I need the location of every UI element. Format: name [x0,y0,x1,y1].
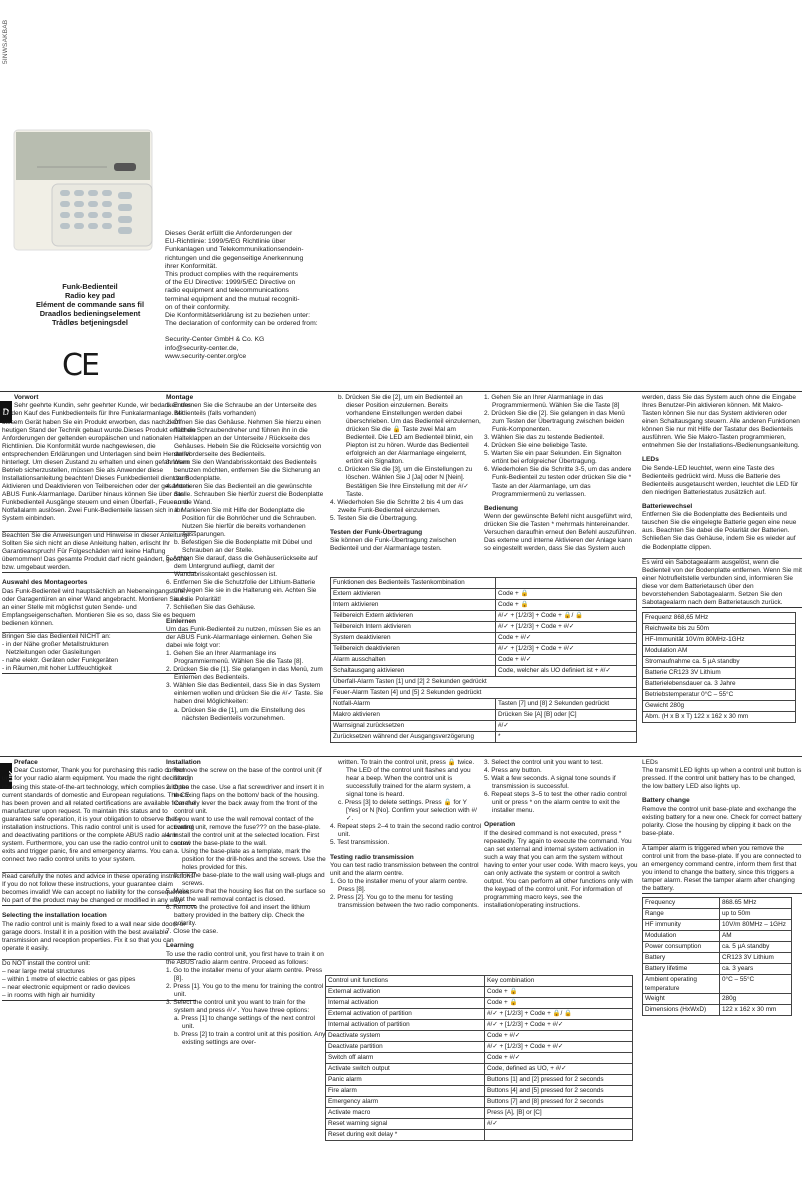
table-row: Reset during exit delay * [326,1130,633,1141]
table-cell: Teilbereich Intern aktivieren [331,622,496,633]
step: 3. Wenn Sie den Wandabrisskontakt des Be… [166,459,326,483]
table-cell: Extern aktivieren [331,589,496,600]
table-cell: * [496,732,637,743]
table-row: Fire alarmButtons [4] and [5] pressed fo… [326,1086,633,1097]
company-url: www.security-center.org/ce [165,353,350,361]
table-cell: 280g [720,994,792,1005]
step: 1. Go to the installer menu of your alar… [330,878,482,894]
paragraph-leds: The transmit LED lights up when a contro… [642,767,802,791]
step: b. Press [2] to train a control unit at … [166,1031,326,1047]
table-cell: Makro aktivieren [331,710,496,721]
table-cell: Intern aktivieren [331,600,496,611]
table-cell: Deactivate partition [326,1042,485,1053]
table-cell: Feuer-Alarm Tasten [4] und [5] 2 Sekunde… [331,688,637,699]
table-cell [496,578,637,589]
step: 2. Öffnen Sie das Gehäuse. Nehmen Sie hi… [166,419,326,459]
table-row: Stromaufnahme ca. 5 µA standby [643,656,796,667]
table-cell: Range [643,909,720,920]
step: 3. Select the control unit you want to t… [484,759,638,767]
step: 5. Wait a few seconds. A signal tone sou… [484,775,638,791]
table-row: HF-Immunität 10V/m 80MHz-1GHz [643,634,796,645]
conformity-line: radio equipment and telecommunications [165,287,350,295]
table-row: Batterie CR123 3V Lithium [643,667,796,678]
table-row: Internal activation of partition#/✓ + [1… [326,1020,633,1031]
step: 1. Gehen Sie an Ihrer Alarmanlage ins Pr… [166,650,326,666]
step: 7. Close the case. [166,928,326,936]
document-code: 5INWSAKBAB [2,14,14,64]
table-cell: External activation of partition [326,1009,485,1020]
step: 1. Gehen Sie an Ihrer Alarmanlage in das… [484,394,638,410]
table-cell: 0°C – 55°C [720,975,792,994]
step: 3. Wählen Sie das Bedienteil, dass Sie i… [166,682,326,706]
table-cell: ca. 5 µA standby [720,942,792,953]
conformity-line: Dieses Gerät erfüllt die Anforderungen d… [165,230,350,238]
table-row: Teilbereich Intern aktivieren#/✓ + [1/2/… [331,622,637,633]
table-cell: ca. 3 years [720,964,792,975]
de-function-table: Funktionen des Bedienteils Tastenkombina… [330,577,637,743]
heading-leds: LEDs [642,759,802,767]
title-en: Radio key pad [20,291,160,300]
table-cell: Switch off alarm [326,1053,485,1064]
step: 7. Schließen Sie das Gehäuse. [166,604,326,612]
table-row: Zurücksetzen während der Ausgangsverzöge… [331,732,637,743]
table-cell: Activate macro [326,1108,485,1119]
table-cell: AM [720,931,792,942]
table-cell: Batterie CR123 3V Lithium [643,667,796,678]
table-row: Batterielebensdauer ca. 3 Jahre [643,678,796,689]
de-column-5: werden, dass Sie das System auch ohne di… [642,394,802,723]
table-row: Feuer-Alarm Tasten [4] und [5] 2 Sekunde… [331,688,637,699]
heading-operation: Operation [484,821,638,829]
step: 4. Install the control unit at the selec… [166,832,326,848]
table-row: Makro aktivierenDrücken Sie [A] [B] oder… [331,710,637,721]
step: 5. Test transmission. [330,839,482,847]
step: 5. Make sure that the housing lies flat … [166,888,326,904]
table-cell: Code + #/✓ [485,1031,633,1042]
table-row: Betriebstemperatur 0°C – 55°C [643,689,796,700]
step: 5. Achten Sie darauf, dass die Gehäuserü… [166,555,326,579]
step: 4. Press any button. [484,767,638,775]
table-row: Emergency alarmButtons [7] and [8] press… [326,1097,633,1108]
table-row: Weight280g [643,994,792,1005]
table-cell: #/✓ + [1/2/3] + Code + #/✓ [496,644,637,655]
step: 2. Drücken Sie die [1]. Sie gelangen in … [166,666,326,682]
table-cell: Key combination [485,976,633,987]
step: a. Drücken Sie die [1], um die Einstellu… [166,707,326,723]
table-cell: Modulation AM [643,645,796,656]
conformity-line: terminal equipment and the mutual recogn… [165,296,350,304]
heading-leds: LEDs [642,456,802,464]
table-row: BatteryCR123 3V Lithium [643,953,792,964]
table-cell: Zurücksetzen während der Ausgangsverzöge… [331,732,496,743]
step: 4. Wiederholen Sie die Schritte 2 bis 4 … [330,499,482,515]
table-cell: System deaktivieren [331,633,496,644]
table-cell: Teilbereich Extern aktivieren [331,611,496,622]
conformity-line: The declaration of conformity can be ord… [165,320,350,328]
conformity-statement: Dieses Gerät erfüllt die Anforderungen d… [165,230,350,361]
step: a. Using the base-plate as a template, m… [166,848,326,872]
table-cell: CR123 3V Lithium [720,953,792,964]
table-cell: Funktionen des Bedienteils Tastenkombina… [331,578,496,589]
table-row: External activation of partition#/✓ + [1… [326,1009,633,1020]
table-cell: Deactivate system [326,1031,485,1042]
step: 1. Go to the installer menu of your alar… [166,967,326,983]
step: 5. Testen Sie die Übertragung. [330,515,482,523]
step: 3. Wählen Sie das zu testende Bedienteil… [484,434,638,442]
table-row: Überfall-Alarm Tasten [1] und [2] 2 Seku… [331,677,637,688]
de-column-2: Montage 1. Entfernen Sie die Schraube an… [166,394,326,723]
title-de: Funk-Bedienteil [20,282,160,291]
table-cell: 10V/m 80MHz – 1GHz [720,920,792,931]
table-cell: Gewicht 280g [643,700,796,711]
heading-montage: Montage [166,394,326,402]
company-name: Security-Center GmbH & Co. KG [165,336,350,344]
uk-column-4: 3. Select the control unit you want to t… [484,759,638,910]
paragraph-bedienung-cont: werden, dass Sie das System auch ohne di… [642,394,802,450]
table-cell: Frequency [643,898,720,909]
table-cell: Überfall-Alarm Tasten [1] und [2] 2 Seku… [331,677,637,688]
table-cell: #/✓ [485,1119,633,1130]
section-divider [0,756,802,757]
table-cell: Code + #/✓ [496,655,637,666]
table-cell: Code + 🔒 [496,600,637,611]
conformity-line: of the EU Directive: 1999/5/EC Directive… [165,279,350,287]
table-cell: Code, defined as UO, + #/✓ [485,1064,633,1075]
table-cell: Code + #/✓ [496,633,637,644]
step: 1. Remove the screw on the base of the c… [166,767,326,783]
title-fr: Elément de commande sans fil [20,300,160,309]
table-cell [485,1130,633,1141]
de-column-4: 1. Gehen Sie an Ihrer Alarmanlage in das… [484,394,638,553]
company-email: info@security-center.de, [165,345,350,353]
table-cell: Emergency alarm [326,1097,485,1108]
table-cell: Panic alarm [326,1075,485,1086]
paragraph-testen: Sie können die Funk-Übertragung zwischen… [330,537,482,553]
table-row: Power consumptionca. 5 µA standby [643,942,792,953]
table-row: Intern aktivierenCode + 🔒 [331,600,637,611]
step: c. Drücken Sie die [3], um die Einstellu… [330,466,482,498]
table-cell: Drücken Sie [A] [B] oder [C] [496,710,637,721]
table-row: Teilbereich deaktivieren#/✓ + [1/2/3] + … [331,644,637,655]
step: 2. Press [2]. You go to the menu for tes… [330,894,482,910]
table-cell: Dimensions (HxWxD) [643,1005,720,1016]
table-row: Deactivate systemCode + #/✓ [326,1031,633,1042]
table-row: Dimensions (HxWxD)122 x 162 x 30 mm [643,1005,792,1016]
conformity-line: on of their conformity. [165,304,350,312]
paragraph-learning: To use the radio control unit, you first… [166,951,326,967]
step: a. Press [1] to change settings of the n… [166,1015,326,1031]
paragraph-testing: You can test radio transmission between … [330,862,482,878]
step: 4. Repeat steps 2–4 to train the second … [330,823,482,839]
table-cell: HF-Immunität 10V/m 80MHz-1GHz [643,634,796,645]
step: 2. Drücken Sie die [2]. Sie gelangen in … [484,410,638,434]
table-row: Switch off alarmCode + #/✓ [326,1053,633,1064]
table-cell: Reset during exit delay * [326,1130,485,1141]
table-cell: Frequenz 868,65 MHz [643,612,796,623]
step: b. Befestigen Sie die Bodenplatte mit Dü… [166,539,326,555]
step: a. Markieren Sie mit Hilfe der Bodenplat… [166,507,326,539]
table-cell: #/✓ [496,721,637,732]
step: b. Fix the base-plate to the wall using … [166,872,326,888]
table-cell: Code + 🔒 [496,589,637,600]
table-row: Abm. (H x B x T) 122 x 162 x 30 mm [643,711,796,722]
table-row: Deactivate partition#/✓ + [1/2/3] + Code… [326,1042,633,1053]
table-row: System deaktivierenCode + #/✓ [331,633,637,644]
table-cell: Battery lifetime [643,964,720,975]
product-titles: Funk-Bedienteil Radio key pad Elément de… [20,282,160,327]
table-cell: Warnsignal zurücksetzen [331,721,496,732]
table-row: Reichweite bis zu 50m [643,623,796,634]
table-row: Panic alarmButtons [1] and [2] pressed f… [326,1075,633,1086]
table-row: Battery lifetimeca. 3 years [643,964,792,975]
step: 3. If you want to use the wall removal c… [166,816,326,832]
step: 4. Drücken Sie eine beliebige Taste. [484,442,638,450]
paragraph-leds: Die Sende-LED leuchtet, wenn eine Taste … [642,465,802,497]
table-cell: #/✓ + [1/2/3] + Code + #/✓ [485,1042,633,1053]
heading-installation: Installation [166,759,326,767]
paragraph-einlernen: Um das Funk-Bedienteil zu nutzen, müssen… [166,626,326,650]
uk-spec-table: Frequency868.65 MHz Rangeup to 50m HF im… [642,897,792,1016]
table-cell: Ambient operating temperature [643,975,720,994]
table-cell: Code + 🔒 [485,987,633,998]
step: 2. Open the case. Use a flat screwdriver… [166,784,326,816]
step: 6. Wiederholen Sie die Schritte 3-5, um … [484,466,638,498]
table-row: Control unit functionsKey combination [326,976,633,987]
table-cell: HF immunity [643,920,720,931]
table-cell: Internal activation [326,998,485,1009]
table-cell: Code, welcher als UO definiert ist + #/✓ [496,666,637,677]
table-row: HF immunity10V/m 80MHz – 1GHz [643,920,792,931]
table-row: Gewicht 280g [643,700,796,711]
de-spec-table: Frequenz 868,65 MHz Reichweite bis zu 50… [642,612,796,723]
conformity-line: Funkanlagen und Telekommunikationsendein… [165,246,350,254]
table-row: Alarm ausschaltenCode + #/✓ [331,655,637,666]
paragraph-operation: If the desired command is not executed, … [484,830,638,910]
heading-testen: Testen der Funk-Übertragung [330,529,482,537]
table-row: Frequenz 868,65 MHz [643,612,796,623]
table-cell: Betriebstemperatur 0°C – 55°C [643,689,796,700]
table-cell: Buttons [1] and [2] pressed for 2 second… [485,1075,633,1086]
table-cell: Batterielebensdauer ca. 3 Jahre [643,678,796,689]
table-row: External activationCode + 🔒 [326,987,633,998]
step: 6. Remove the protective foil and insert… [166,904,326,928]
table-cell: Internal activation of partition [326,1020,485,1031]
table-cell: External activation [326,987,485,998]
table-cell: Notfall-Alarm [331,699,496,710]
table-cell: Weight [643,994,720,1005]
table-cell: Power consumption [643,942,720,953]
conformity-line: EU-Richtlinie: 1999/5/EG Richtlinie über [165,238,350,246]
table-cell: Stromaufnahme ca. 5 µA standby [643,656,796,667]
table-cell: Modulation [643,931,720,942]
table-cell: Buttons [7] and [8] pressed for 2 second… [485,1097,633,1108]
table-row: Activate switch outputCode, defined as U… [326,1064,633,1075]
table-row: Schaltausgang aktivierenCode, welcher al… [331,666,637,677]
ce-mark-icon: CE [62,348,98,383]
de-column-3: b. Drücken Sie die [2], um ein Bedientei… [330,394,482,553]
table-cell: Press [A], [B] or [C] [485,1108,633,1119]
table-row: Activate macroPress [A], [B] or [C] [326,1108,633,1119]
table-cell: Fire alarm [326,1086,485,1097]
table-row: Funktionen des Bedienteils Tastenkombina… [331,578,637,589]
step: written. To train the control unit, pres… [330,759,482,799]
table-cell: Schaltausgang aktivieren [331,666,496,677]
step: 4. Montieren Sie das Bedienteil an die g… [166,483,326,507]
heading-battery-change: Battery change [642,797,802,805]
heading-bedienung: Bedienung [484,505,638,513]
table-row: Rangeup to 50m [643,909,792,920]
heading-batteriewechsel: Batteriewechsel [642,503,802,511]
title-da: Trådløs betjeningsdel [20,318,160,327]
table-cell: #/✓ + [1/2/3] + Code + #/✓ [485,1020,633,1031]
table-row: Modulation AM [643,645,796,656]
conformity-line: ihrer Konformität. [165,263,350,271]
uk-column-5: LEDs The transmit LED lights up when a c… [642,759,802,1016]
uk-function-table: Control unit functionsKey combination Ex… [325,975,633,1141]
table-cell: Code + #/✓ [485,1053,633,1064]
table-cell: Buttons [4] and [5] pressed for 2 second… [485,1086,633,1097]
table-cell: Code + 🔒 [485,998,633,1009]
table-cell: #/✓ + [1/2/3] + Code + 🔒/ 🔒 [496,611,637,622]
title-nl: Draadlos bedieningselement [20,309,160,318]
step: 6. Entfernen Sie die Schutzfolie der Lit… [166,579,326,603]
heading-einlernen: Einlernen [166,618,326,626]
step: 6. Repeat steps 3–5 to test the other ra… [484,791,638,815]
step: c. Press [3] to delete settings. Press 🔒… [330,799,482,823]
step: 3. Select the control unit you want to t… [166,999,326,1015]
heading-testing: Testing radio transmission [330,854,482,862]
table-row: Frequency868.65 MHz [643,898,792,909]
table-cell: #/✓ + [1/2/3] + Code + #/✓ [496,622,637,633]
paragraph-sabotage: Es wird ein Sabotagealarm ausgelöst, wen… [642,559,802,608]
table-row: Extern aktivierenCode + 🔒 [331,589,637,600]
step: b. Drücken Sie die [2], um ein Bedientei… [330,394,482,466]
table-row: Notfall-AlarmTasten [7] und [8] 2 Sekund… [331,699,637,710]
paragraph-tamper: A tamper alarm is triggered when you rem… [642,845,802,894]
table-cell: Abm. (H x B x T) 122 x 162 x 30 mm [643,711,796,722]
step: 1. Entfernen Sie die Schraube an der Unt… [166,402,326,418]
table-cell: Teilbereich deaktivieren [331,644,496,655]
table-cell: Tasten [7] und [8] 2 Sekunden gedrückt [496,699,637,710]
table-cell: 868.65 MHz [720,898,792,909]
table-row: Ambient operating temperature0°C – 55°C [643,975,792,994]
table-cell: Alarm ausschalten [331,655,496,666]
table-cell: up to 50m [720,909,792,920]
paragraph-bedienung: Wenn der gewünschte Befehl nicht ausgefü… [484,513,638,553]
table-cell: 122 x 162 x 30 mm [720,1005,792,1016]
conformity-line: richtungen und die gegenseitige Anerkenn… [165,255,350,263]
table-cell: Control unit functions [326,976,485,987]
conformity-line: This product complies with the requireme… [165,271,350,279]
table-row: Teilbereich Extern aktivieren#/✓ + [1/2/… [331,611,637,622]
uk-column-3: written. To train the control unit, pres… [330,759,482,910]
table-row: Reset warning signal#/✓ [326,1119,633,1130]
product-image-keypad [12,122,157,262]
heading-learning: Learning [166,942,326,950]
table-row: Internal activationCode + 🔒 [326,998,633,1009]
table-row: ModulationAM [643,931,792,942]
table-cell: Activate switch output [326,1064,485,1075]
step: 5. Warten Sie ein paar Sekunden. Ein Sig… [484,450,638,466]
section-divider [0,391,802,392]
uk-column-2: Installation 1. Remove the screw on the … [166,759,326,1047]
table-row: Warnsignal zurücksetzen#/✓ [331,721,637,732]
paragraph-battery-change: Remove the control unit base-plate and e… [642,806,802,838]
table-cell: Reichweite bis zu 50m [643,623,796,634]
table-cell: Battery [643,953,720,964]
table-cell: #/✓ + [1/2/3] + Code + 🔒/ 🔒 [485,1009,633,1020]
paragraph-batteriewechsel: Entfernen Sie die Bodenplatte des Bedien… [642,511,802,551]
table-cell: Reset warning signal [326,1119,485,1130]
step: 2. Press [1]. You go to the menu for tra… [166,983,326,999]
conformity-line: Die Konformitätserklärung ist zu beziehe… [165,312,350,320]
